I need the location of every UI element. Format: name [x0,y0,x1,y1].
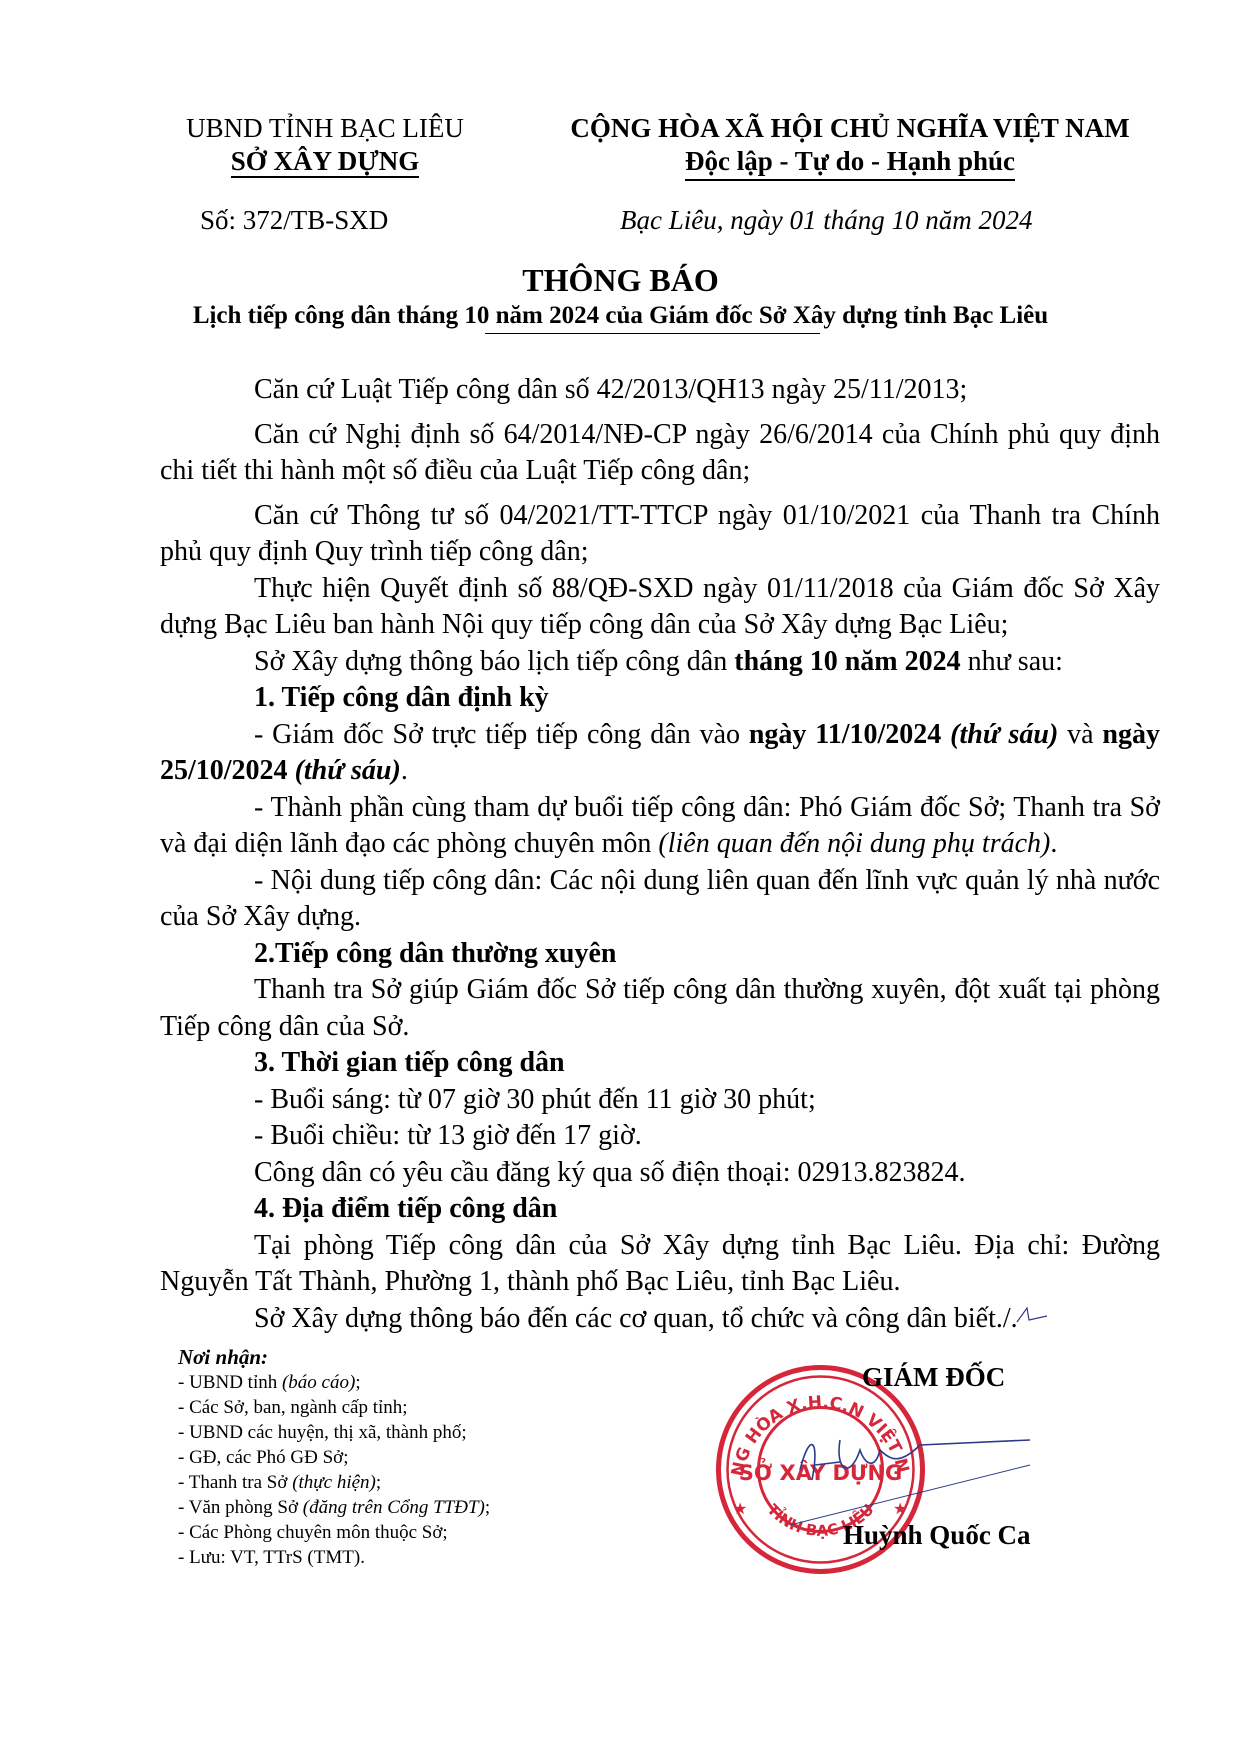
recipient-item: - UBND các huyện, thị xã, thành phố; [178,1420,490,1445]
intro-paragraph: Sở Xây dựng thông báo lịch tiếp công dân… [160,644,1160,681]
recipient-item: - Các Sở, ban, ngành cấp tỉnh; [178,1395,490,1420]
document-subtitle: Lịch tiếp công dân tháng 10 năm 2024 của… [0,302,1241,330]
national-title-block: CỘNG HÒA XÃ HỘI CHỦ NGHĨA VIỆT NAM Độc l… [540,112,1160,181]
section-4-address: Tại phòng Tiếp công dân của Sở Xây dựng … [160,1228,1160,1301]
handwritten-signature-icon [780,1410,1040,1530]
issuing-agency-block: UBND TỈNH BẠC LIÊU SỞ XÂY DỰNG [160,112,490,178]
document-page: UBND TỈNH BẠC LIÊU SỞ XÂY DỰNG CỘNG HÒA … [0,0,1241,1755]
closing-statement: Sở Xây dựng thông báo đến các cơ quan, t… [160,1301,1160,1338]
recipient-item: - UBND tỉnh (báo cáo); [178,1370,490,1395]
recipient-item: - GĐ, các Phó GĐ Sở; [178,1445,490,1470]
legal-basis-3: Căn cứ Thông tư số 04/2021/TT-TTCP ngày … [160,498,1160,571]
section-3-heading: 3. Thời gian tiếp công dân [160,1045,1160,1082]
legal-basis-2: Căn cứ Nghị định số 64/2014/NĐ-CP ngày 2… [160,417,1160,490]
section-2-text: Thanh tra Sở giúp Giám đốc Sở tiếp công … [160,972,1160,1045]
nation-name: CỘNG HÒA XÃ HỘI CHỦ NGHĨA VIỆT NAM [540,112,1160,145]
section-2-heading: 2.Tiếp công dân thường xuyên [160,936,1160,973]
legal-basis-4: Thực hiện Quyết định số 88/QĐ-SXD ngày 0… [160,571,1160,644]
subtitle-underline [485,333,820,334]
recipient-item: - Các Phòng chuyên môn thuộc Sở; [178,1520,490,1545]
national-motto: Độc lập - Tự do - Hạnh phúc [685,145,1015,181]
recipient-item: - Văn phòng Sở (đăng trên Cổng TTĐT); [178,1495,490,1520]
parent-agency: UBND TỈNH BẠC LIÊU [160,112,490,145]
section-4-heading: 4. Địa điểm tiếp công dân [160,1191,1160,1228]
recipient-item: - Thanh tra Sở (thực hiện); [178,1470,490,1495]
signer-title: GIÁM ĐỐC [862,1362,1005,1393]
recipient-item: - Lưu: VT, TTrS (TMT). [178,1545,490,1570]
document-number: Số: 372/TB-SXD [200,205,388,236]
agency-name: SỞ XÂY DỰNG [160,145,490,178]
document-body: Căn cứ Luật Tiếp công dân số 42/2013/QH1… [160,372,1160,1337]
place-and-date: Bạc Liêu, ngày 01 tháng 10 năm 2024 [620,205,1032,236]
recipients-title: Nơi nhận: [178,1345,490,1370]
section-1-participants: - Thành phần cùng tham dự buổi tiếp công… [160,790,1160,863]
recipients-block: Nơi nhận: - UBND tỉnh (báo cáo); - Các S… [178,1345,490,1570]
document-title: THÔNG BÁO [0,262,1241,299]
signer-name: Huỳnh Quốc Ca [843,1520,1031,1551]
section-1-heading: 1. Tiếp công dân định kỳ [160,680,1160,717]
section-1-content: - Nội dung tiếp công dân: Các nội dung l… [160,863,1160,936]
legal-basis-1: Căn cứ Luật Tiếp công dân số 42/2013/QH1… [160,372,1160,409]
contact-phone: Công dân có yêu cầu đăng ký qua số điện … [160,1155,1160,1192]
morning-hours: - Buổi sáng: từ 07 giờ 30 phút đến 11 gi… [160,1082,1160,1119]
end-mark-scribble-icon [1013,1302,1053,1327]
afternoon-hours: - Buổi chiều: từ 13 giờ đến 17 giờ. [160,1118,1160,1155]
section-1-schedule: - Giám đốc Sở trực tiếp tiếp công dân và… [160,717,1160,790]
svg-text:★: ★ [733,1501,747,1518]
